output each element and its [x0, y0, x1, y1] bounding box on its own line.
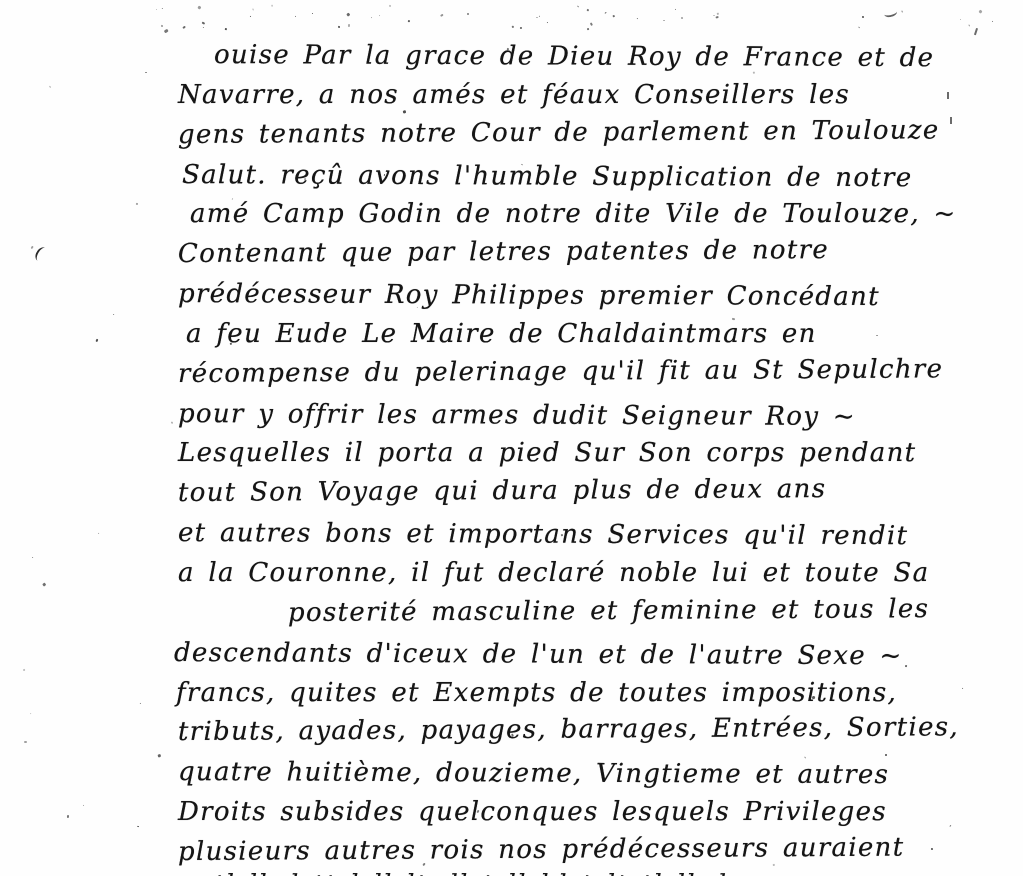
manuscript-line: quatre huitième, douzieme, Vingtieme et …: [178, 753, 998, 796]
noise-speck: [157, 753, 161, 756]
manuscript-line: Navarre, a nos amés et féaux Conseillers…: [178, 76, 998, 116]
noise-speck: [717, 13, 719, 15]
noise-speck: [113, 314, 114, 315]
manuscript-line: prédécesseur Roy Philippes premier Concé…: [178, 275, 998, 318]
noise-speck: [24, 741, 27, 743]
manuscript-line: et autres bons et importans Services qu'…: [178, 514, 998, 557]
manuscript-partial-bottom-line: tl ll d tt l ll lt dl t ll ld t lt tl ll…: [214, 866, 994, 876]
noise-speck: [338, 25, 341, 28]
noise-speck: [23, 669, 26, 672]
manuscript-line: ouise Par la grace de Dieu Roy de France…: [214, 36, 998, 79]
noise-speck: [371, 17, 372, 18]
noise-speck: [675, 8, 676, 9]
noise-speck: [156, 9, 157, 11]
noise-speck: [636, 18, 637, 19]
noise-speck: [862, 16, 865, 18]
noise-speck: [30, 713, 31, 714]
noise-speck: [858, 26, 861, 28]
manuscript-line: tributs, ayades, payages, barrages, Entr…: [178, 708, 998, 753]
manuscript-line: tout Son Voyage qui dura plus de deux an…: [178, 469, 998, 514]
noise-speck: [379, 15, 380, 16]
manuscript-line: Contenant que par letres patentes de not…: [178, 230, 998, 275]
noise-speck: [979, 10, 983, 14]
noise-speck: [136, 202, 139, 204]
noise-speck: [137, 826, 139, 828]
noise-speck: [165, 28, 169, 32]
noise-speck: [42, 582, 46, 586]
noise-speck: [547, 21, 548, 22]
noise-speck: [587, 8, 589, 10]
noise-speck: [203, 27, 204, 28]
noise-speck: [539, 16, 540, 17]
manuscript-line: a la Couronne, il fut declaré noble lui …: [178, 554, 998, 594]
manuscript-line: pour y offrir les armes dudit Seigneur R…: [178, 395, 998, 438]
noise-speck: [389, 4, 392, 7]
noise-speck: [347, 12, 351, 16]
noise-speck: [171, 422, 173, 424]
manuscript-line: amé Camp Godin de notre dite Vile de Tou…: [190, 195, 998, 235]
noise-speck: [252, 8, 254, 10]
noise-speck: [67, 814, 69, 817]
noise-speck: [604, 11, 606, 13]
noise-speck: [162, 8, 163, 9]
noise-speck: [408, 19, 410, 21]
manuscript-line: a feu Eude Le Maire de Chaldaintmars en: [186, 315, 998, 355]
noise-speck: [681, 17, 683, 19]
noise-speck: [577, 5, 579, 7]
manuscript-line: francs, quites et Exempts de toutes impo…: [176, 674, 998, 714]
manuscript-line: posterité masculine et feminine et tous …: [288, 589, 998, 633]
noise-speck: [160, 25, 163, 28]
noise-speck: [182, 26, 186, 30]
noise-speck: [587, 28, 590, 31]
manuscript-line: récompense du pelerinage qu'il fit au St…: [178, 350, 998, 395]
manuscript-page: ouise Par la grace de Dieu Roy de France…: [0, 0, 1023, 876]
noise-speck: [83, 804, 85, 806]
noise-speck: [715, 16, 718, 19]
manuscript-line: Droits subsides quelconques lesquels Pri…: [178, 793, 998, 833]
noise-speck: [145, 72, 147, 74]
noise-speck: [348, 24, 350, 27]
margin-ink-mark: [33, 245, 50, 263]
noise-speck: [901, 10, 903, 12]
manuscript-line: descendants d'iceux de l'un et de l'autr…: [174, 634, 998, 677]
noise-speck: [295, 15, 297, 16]
noise-speck: [201, 22, 204, 25]
noise-speck: [663, 20, 665, 22]
manuscript-line: Salut. reçû avons l'humble Supplication …: [182, 156, 998, 199]
noise-speck: [32, 557, 34, 559]
noise-speck: [271, 5, 272, 7]
manuscript-line: gens tenants notre Cour de parlement en …: [178, 111, 998, 156]
margin-tick-mark: [974, 28, 978, 35]
corner-ink-squiggle: [883, 8, 897, 19]
noise-speck: [590, 23, 593, 26]
noise-speck: [968, 24, 970, 27]
noise-speck: [98, 533, 100, 535]
noise-speck: [960, 19, 961, 20]
noise-speck: [30, 246, 34, 250]
manuscript-line: Lesquelles il porta a pied Sur Son corps…: [178, 434, 998, 474]
noise-speck: [312, 13, 313, 14]
noise-speck: [467, 13, 469, 15]
noise-speck: [519, 27, 522, 29]
noise-speck: [250, 16, 252, 17]
noise-speck: [49, 86, 51, 88]
manuscript-text-block: ouise Par la grace de Dieu Roy de France…: [178, 36, 998, 873]
noise-speck: [536, 17, 538, 19]
noise-speck: [992, 20, 994, 22]
noise-speck: [225, 27, 227, 29]
noise-speck: [197, 5, 201, 9]
noise-speck: [96, 338, 99, 341]
noise-speck: [612, 15, 614, 17]
noise-speck: [511, 25, 514, 28]
noise-speck: [713, 15, 715, 16]
noise-speck: [440, 14, 443, 17]
noise-speck: [139, 703, 140, 704]
